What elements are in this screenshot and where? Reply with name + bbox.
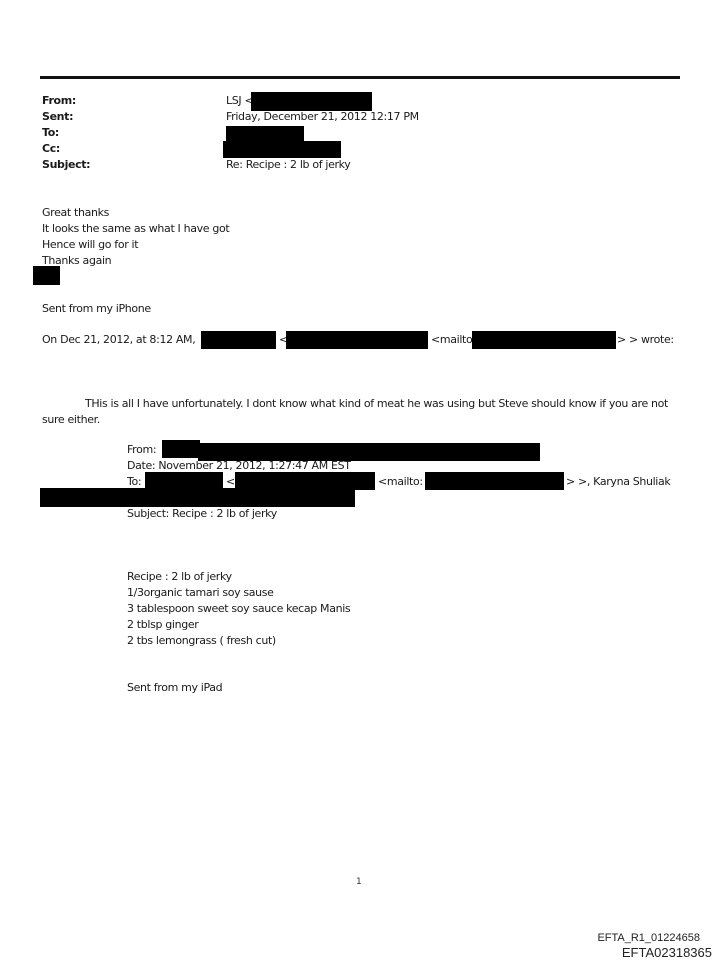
forwarded-to-lt: < xyxy=(226,475,235,489)
recipe-line: Recipe : 2 lb of jerky xyxy=(127,570,232,584)
redaction-box xyxy=(162,440,200,458)
redaction-box xyxy=(33,266,60,285)
quoted-intro-prefix: On Dec 21, 2012, at 8:12 AM, xyxy=(42,333,195,347)
forwarded-to-label: To: xyxy=(127,475,141,489)
recipe-line: 2 tblsp ginger xyxy=(127,618,198,632)
reply-line: Great thanks xyxy=(42,206,109,220)
reply-line: It looks the same as what I have got xyxy=(42,222,229,236)
quoted-intro-mailto: <mailto: xyxy=(431,333,476,347)
reply-line: Hence will go for it xyxy=(42,238,138,252)
recipe-line: 3 tablespoon sweet soy sauce kecap Manis xyxy=(127,602,350,616)
from-value: LSJ < xyxy=(226,94,253,108)
subject-value: Re: Recipe : 2 lb of jerky xyxy=(226,158,350,172)
forwarded-to-suffix: > >, Karyna Shuliak xyxy=(566,475,670,489)
bates-number-2: EFTA02318365 xyxy=(622,945,712,960)
from-label: From: xyxy=(42,94,76,108)
redaction-box xyxy=(223,141,341,158)
redaction-box xyxy=(201,331,276,349)
redaction-box xyxy=(40,488,355,507)
page-number: 1 xyxy=(356,877,362,887)
cc-label: Cc: xyxy=(42,142,60,156)
redaction-box xyxy=(425,472,564,490)
reply-signature: Sent from my iPhone xyxy=(42,302,151,316)
quoted-body-line: sure either. xyxy=(42,413,100,427)
recipe-line: 1/3organic tamari soy sause xyxy=(127,586,274,600)
redaction-box xyxy=(286,331,428,349)
quoted-intro-suffix: > > wrote: xyxy=(617,333,674,347)
header-divider xyxy=(40,76,680,79)
recipe-signature: Sent from my iPad xyxy=(127,681,222,695)
forwarded-to-mailto: <mailto: xyxy=(378,475,423,489)
subject-label: Subject: xyxy=(42,158,90,172)
forwarded-from-label: From: xyxy=(127,443,156,457)
quoted-body-line: THis is all I have unfortunately. I dont… xyxy=(85,397,668,411)
redaction-box xyxy=(472,331,616,349)
bates-number-1: EFTA_R1_01224658 xyxy=(597,932,700,944)
forwarded-subject: Subject: Recipe : 2 lb of jerky xyxy=(127,507,277,521)
forwarded-date: Date: November 21, 2012, 1:27:47 AM EST xyxy=(127,459,351,473)
sent-value: Friday, December 21, 2012 12:17 PM xyxy=(226,110,419,124)
redaction-box xyxy=(251,92,372,111)
sent-label: Sent: xyxy=(42,110,73,124)
to-label: To: xyxy=(42,126,59,140)
recipe-line: 2 tbs lemongrass ( fresh cut) xyxy=(127,634,276,648)
